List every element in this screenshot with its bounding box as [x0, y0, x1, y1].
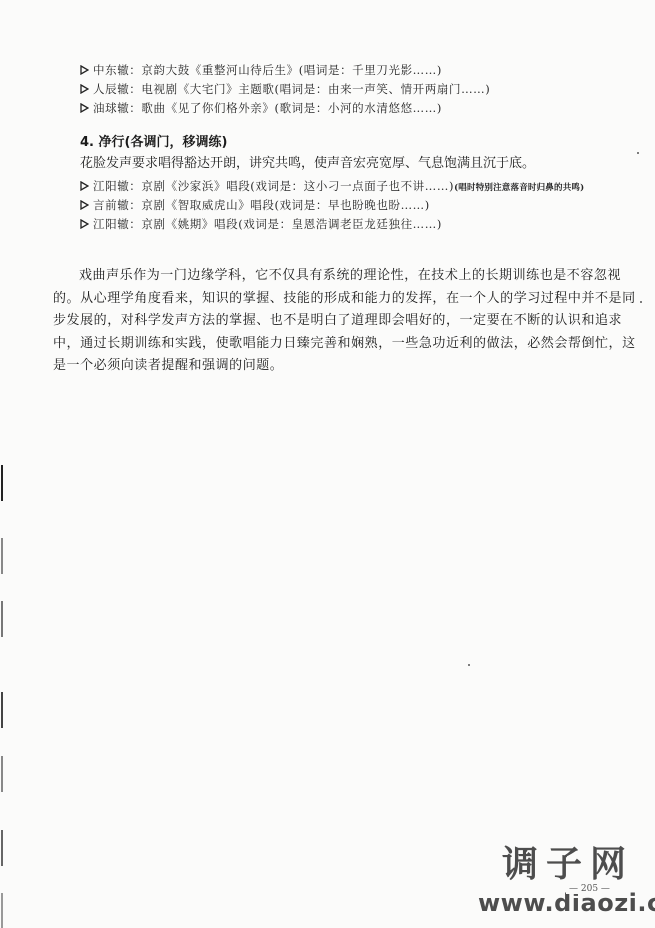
list-item: 人辰辙：电视剧《大宅门》主题歌(唱词是：由来一声笑、情开两扇门……): [80, 80, 490, 98]
list-item-text: 江阳辙：京剧《沙家浜》唱段(戏词是：这小刁一点面子也不讲……): [93, 179, 454, 193]
section-intro: 花脸发声要求唱得豁达开朗，讲究共鸣，使声音宏亮宽厚、气息饱满且沉于底。: [80, 155, 535, 173]
list-item-text: 中东辙：京韵大鼓《重整河山待后生》(唱词是：千里刀光影……): [93, 63, 442, 77]
paragraph-line: 的。从心理学角度看来，知识的掌握、技能的形成和能力的发挥，在一个人的学习过程中并…: [53, 288, 613, 311]
list-item-text: 人辰辙：电视剧《大宅门》主题歌(唱词是：由来一声笑、情开两扇门……): [93, 82, 490, 96]
list-item: 油球辙：歌曲《见了你们格外亲》(歌词是：小河的水清悠悠……): [80, 99, 442, 117]
scan-speck: [637, 152, 639, 154]
scan-speck: [468, 664, 470, 666]
paragraph-line: 戏曲声乐作为一门边缘学科，它不仅具有系统的理论性，在技术上的长期训练也是不容忽视: [53, 265, 613, 288]
list-item-text: 油球辙：歌曲《见了你们格外亲》(歌词是：小河的水清悠悠……): [93, 101, 442, 115]
list-item-note: (唱时特别注意落音时归鼻的共鸣): [454, 183, 584, 193]
scan-binding-mark: [1, 601, 3, 637]
triangle-bullet-icon: [80, 65, 89, 75]
paragraph-line: 步发展的，对科学发声方法的掌握、也不是明白了道理即会唱好的，一定要在不断的认识和…: [53, 310, 613, 333]
scan-binding-mark: [1, 538, 3, 574]
scan-binding-mark: [1, 692, 3, 728]
scan-binding-mark: [1, 756, 3, 792]
triangle-bullet-icon: [80, 181, 89, 191]
watermark: 调子网 www.diaozi.com: [478, 845, 655, 917]
paragraph-line: 中，通过长期训练和实践，使歌唱能力日臻完善和娴熟，一些急功近利的做法，必然会帮倒…: [53, 333, 613, 356]
page-number: — 205 —: [566, 884, 613, 894]
scan-binding-mark: [1, 465, 3, 501]
list-item-text: 江阳辙：京剧《姚期》唱段(戏词是：皇恩浩调老臣龙廷独往……): [93, 217, 442, 231]
section-heading: 4. 净行(各调门，移调练): [80, 134, 227, 152]
watermark-title: 调子网: [478, 845, 655, 885]
list-item: 中东辙：京韵大鼓《重整河山待后生》(唱词是：千里刀光影……): [80, 61, 442, 79]
list-item: 言前辙：京剧《智取威虎山》唱段(戏词是：早也盼晚也盼……): [80, 196, 430, 214]
triangle-bullet-icon: [80, 84, 89, 94]
triangle-bullet-icon: [80, 103, 89, 113]
triangle-bullet-icon: [80, 219, 89, 229]
closing-paragraph: 戏曲声乐作为一门边缘学科，它不仅具有系统的理论性，在技术上的长期训练也是不容忽视…: [53, 265, 613, 378]
list-item: 江阳辙：京剧《沙家浜》唱段(戏词是：这小刁一点面子也不讲……)(唱时特别注意落音…: [80, 177, 584, 197]
scan-binding-mark: [1, 893, 3, 928]
scan-speck: [640, 301, 642, 303]
paragraph-line: 是一个必须向读者提醒和强调的问题。: [53, 355, 613, 378]
list-item-text: 言前辙：京剧《智取威虎山》唱段(戏词是：早也盼晚也盼……): [93, 198, 430, 212]
document-page: 中东辙：京韵大鼓《重整河山待后生》(唱词是：千里刀光影……) 人辰辙：电视剧《大…: [0, 0, 655, 928]
scan-binding-mark: [1, 830, 3, 866]
list-item: 江阳辙：京剧《姚期》唱段(戏词是：皇恩浩调老臣龙廷独往……): [80, 215, 442, 233]
triangle-bullet-icon: [80, 200, 89, 210]
